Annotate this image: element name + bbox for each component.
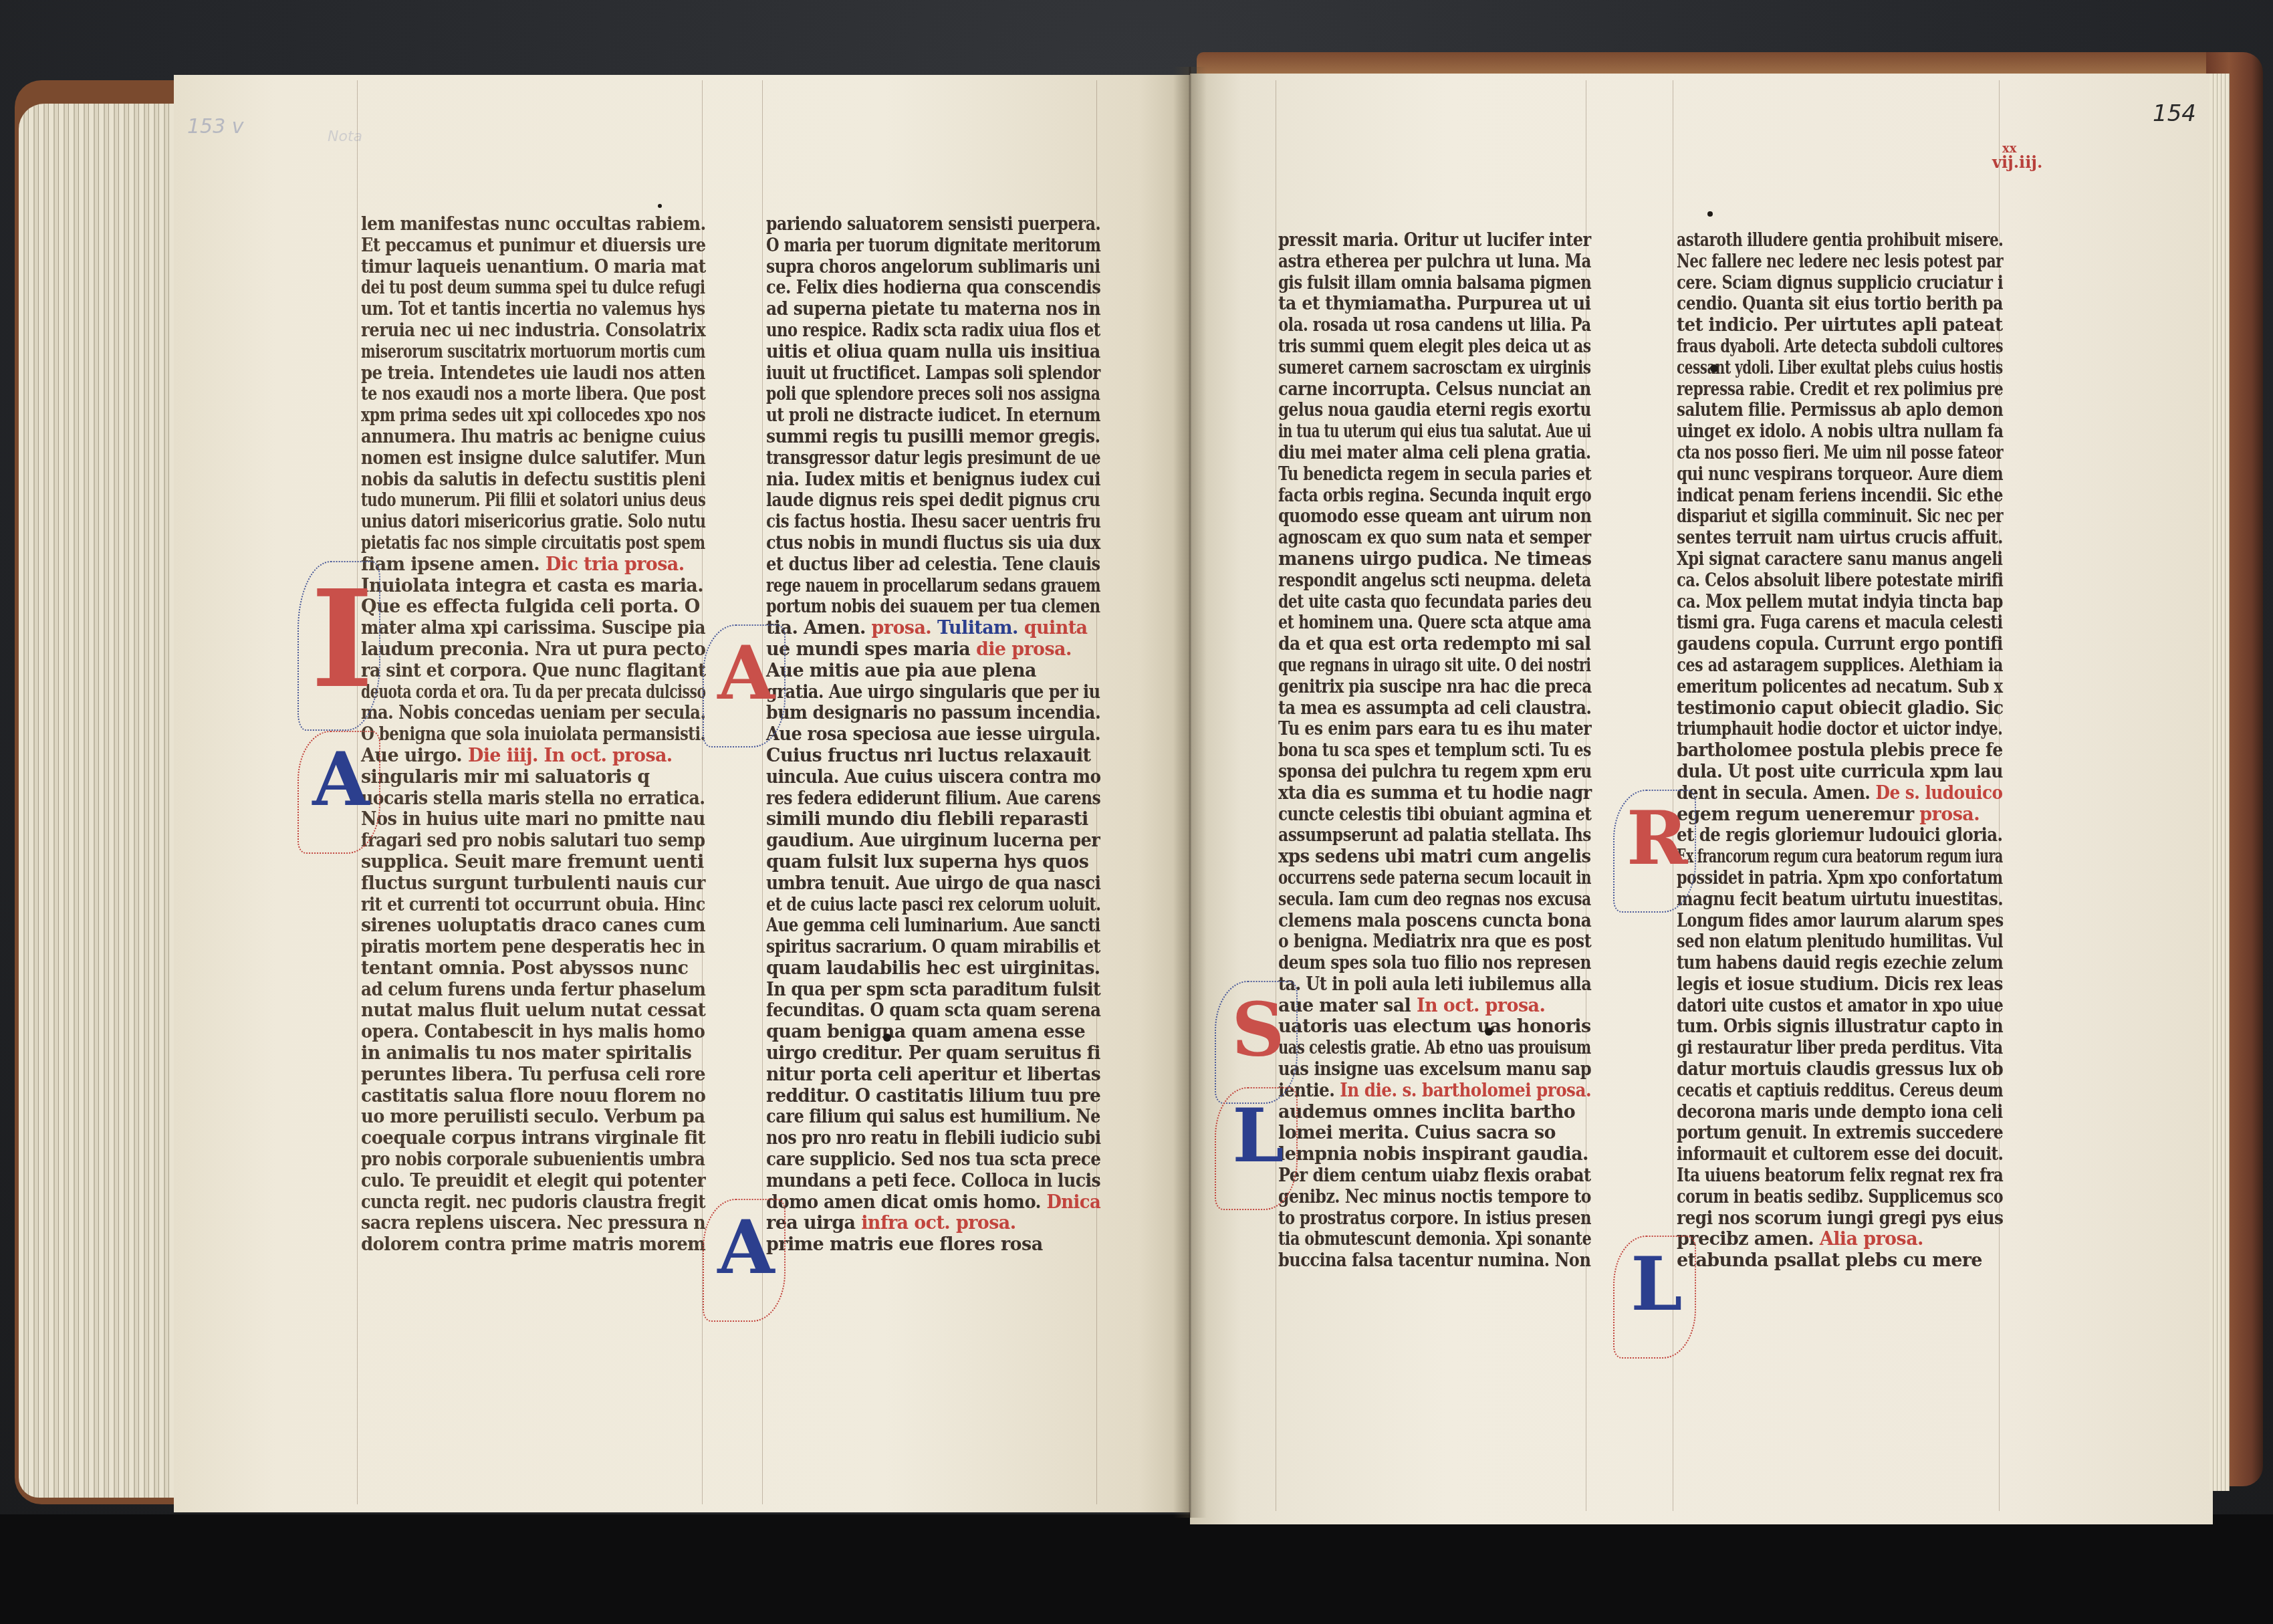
text-line: unius datori misericorius gratie. Solo n… [361,511,646,533]
line-text: possidet in patria. Xpm xpo confortatum [1677,868,2003,889]
text-line: res federa ediderunt filium. Aue carens [766,788,1058,810]
line-text: laude dignus reis spei dedit pignus cru [766,490,1100,511]
text-line: clemens mala poscens cuncta bona [1278,911,1564,932]
line-text: assumpserunt ad palatia stellata. Ihs [1278,825,1591,846]
text-line: nitur porta celi aperitur et libertas [766,1064,1096,1086]
line-text: gaudium. Aue uirginum lucerna per [766,830,1100,851]
line-text: fiam ipsene amen. [361,554,540,575]
text-line: gelus noua gaudia eterni regis exortu [1278,400,1546,421]
initial-letter: L [1228,1099,1288,1173]
text-line: et de cuius lacte pasci rex celorum uolu… [766,895,1040,916]
text-line: sumeret carnem sacrosctam ex uirginis [1278,358,1532,379]
text-line: ctus nobis in mundi fluctus sis uia dux [766,533,1063,554]
line-text: cta nos posso fieri. Me uim nil posse fa… [1677,443,2003,463]
line-text: ca. Celos absoluit libere potestate miri… [1677,570,2003,591]
text-line: cuncte celestis tibi obuiant agmina et [1278,804,1544,826]
rubric: Die iiij. In oct. prosa. [462,745,673,766]
text-line: audemus omnes inclita bartho [1278,1102,1591,1123]
initial-letter: A [716,1211,776,1284]
line-text: nitur porta celi aperitur et libertas [766,1064,1100,1085]
line-text: Longum fides amor laurum alarum spes [1677,911,2004,931]
line-text: tentant omnia. Post abyssos nunc [361,958,688,979]
text-line: poli que splendore preces soli nos assig… [766,384,1038,405]
line-text: gi restauratur liber preda perditus. Vit… [1677,1038,2003,1058]
wormhole [1707,211,1713,217]
text-line: aue mater sal In oct. prosa. [1278,996,1591,1017]
text-line: Inuiolata integra et casta es maria. [361,576,705,597]
text-line: legis et iosue studium. Dicis rex leas [1677,974,1976,996]
text-line: O benigna que sola inuiolata permansisti… [361,724,652,745]
line-text: quam fulsit lux superna hys quos [766,852,1088,873]
text-line: opera. Contabescit in hys malis homo [361,1022,685,1043]
text-line: Aue mitis aue pia aue plena [766,661,1100,682]
line-text: facta orbis regina. Secunda inquit ergo [1278,485,1591,506]
text-line: ue mundi spes maria die prosa. [766,639,1100,661]
text-line: ientie. In die. s. bartholomei prosa. [1278,1080,1564,1102]
line-text: da et qua est orta redempto mi sal [1278,634,1591,655]
line-text: supra choros angelorum sublimaris uni [766,257,1100,277]
text-line: datori uite custos et amator in xpo uiue [1677,996,1953,1017]
line-text: cuncte celestis tibi obuiant agmina et [1278,804,1591,825]
line-text: bartholomee postula plebis prece fe [1677,740,2003,761]
text-line: quam benigna quam amena esse [766,1022,1100,1043]
line-text: uas celestis gratie. Ab etno uas prouisu… [1278,1038,1591,1058]
text-line: iuuit ut fructificet. Lampas soli splend… [766,363,1049,384]
text-line: secula. Iam cum deo regnas nos excusa [1278,889,1533,911]
line-text: corum in beatis sedibz. Supplicemus sco [1677,1187,2003,1207]
text-line: qui nunc vespirans torqueor. Aure diem [1677,464,1952,485]
text-line: dispariut et sigilla comminuit. Sic nec … [1677,506,1936,528]
line-text: in animalis tu nos mater spiritalis [361,1043,691,1064]
line-text: ma. Nobis concedas ueniam per secula. [361,703,705,723]
text-line: uno respice. Radix scta radix uiua flos … [766,320,1048,342]
line-text: dei tu post deum summa spei tu dulce ref… [361,277,705,298]
line-text: opera. Contabescit in hys malis homo [361,1022,705,1042]
text-line: agnoscam ex quo sum nata et semper [1278,528,1545,549]
line-text: rege nauem in procellarum sedans grauem [766,576,1100,596]
text-line: Per diem centum uiabz flexis orabat [1278,1165,1556,1187]
text-line: te nos exaudi nos a morte libera. Que po… [361,384,649,405]
text-line: uo more peruilisti seculo. Verbum pa [361,1107,690,1128]
text-line: Tu es enim pars eara tu es ihu mater [1278,719,1552,740]
text-column-left-1: lem manifestas nunc occultas rabiem.Et p… [361,214,705,1256]
decorated-initial-s: S [1228,993,1288,1093]
text-line: in animalis tu nos mater spiritalis [361,1043,705,1064]
wormhole [1710,364,1718,372]
text-line: in tua tu uterum qui eius tua salutat. A… [1278,421,1506,443]
text-line: ra sint et corpora. Que nunc flagitant [361,661,687,682]
text-line: rege nauem in procellarum sedans grauem [766,576,1032,597]
rubric: quinta [1018,618,1088,639]
line-text: ue mundi spes maria [766,639,970,660]
text-line: castitatis salua flore nouu florem no [361,1086,696,1107]
line-text: Nec fallere nec ledere nec lesis potest … [1677,251,2003,272]
text-line: In qua per spm scta paraditum fulsit [766,979,1079,1001]
text-line: Nos in huius uite mari no pmitte nau [361,809,689,830]
text-line: Aue rosa speciosa aue iesse uirgula. [766,724,1084,745]
text-line: nobis da salutis in defectu sustitis ple… [361,469,667,491]
text-line: tismi gra. Fuga carens et macula celesti [1677,612,1949,634]
text-line: gaudium. Aue uirginum lucerna per [766,830,1084,852]
rubric: prosa. [866,618,931,639]
text-line: Xpi signat caractere sanu manus angeli [1677,549,1952,570]
line-text: dispariut et sigilla comminuit. Sic nec … [1677,506,2003,527]
line-text: gelus noua gaudia eterni regis exortu [1278,400,1591,421]
text-line: nutat malus fluit uelum nutat cessat [361,1000,693,1022]
text-line: ce. Felix dies hodierna qua conscendis [766,277,1066,299]
wormhole [1485,1028,1493,1036]
text-line: cendio. Quanta sit eius tortio berith pa [1677,294,1957,315]
wormhole [658,204,662,208]
text-line: et ductus liber ad celestia. Tene clauis [766,554,1066,576]
line-text: res federa ediderunt filium. Aue carens [766,788,1100,809]
pencil-folio-mark: 153 v [187,115,244,138]
text-line: umbra tenuit. Aue uirgo de qua nasci [766,873,1074,895]
text-line: mater alma xpi carissima. Suscipe pia [361,618,682,639]
line-text: ca. Mox pellem mutat indyia tincta bap [1677,592,2003,612]
line-text: supplica. Seuit mare fremunt uenti [361,852,704,873]
text-line: dolorem contra prime matris morem [361,1234,693,1256]
line-text: ce. Felix dies hodierna qua conscendis [766,277,1100,298]
line-text: te nos exaudi nos a morte libera. Que po… [361,384,705,404]
line-text: ctus nobis in mundi fluctus sis uia dux [766,533,1100,554]
text-line: care filium qui salus est humilium. Ne [766,1107,1065,1128]
text-line: to prostratus corpore. In istius presen [1278,1208,1542,1230]
page-stack-left [19,104,179,1498]
text-line: um. Tot et tantis incertia no valemus hy… [361,299,660,320]
text-line: dula. Ut post uite curricula xpm lau [1677,762,1983,783]
line-text: peruntes libera. Tu perfusa celi rore [361,1064,705,1085]
line-text: dent in secula. Amen. [1677,783,1870,804]
rubric: Tulitam. [931,618,1018,639]
line-text: Aue rosa speciosa aue iesse uirgula. [766,724,1100,745]
line-text: mundans a peti fece. Colloca in lucis [766,1171,1100,1191]
line-text: ad superna pietate tu materna nos in [766,299,1100,320]
text-line: portum genuit. In extremis succedere [1677,1123,1965,1144]
line-text: Et peccamus et punimur et diuersis ure [361,235,705,256]
line-text: et de regis gloriemur ludouici gloria. [1677,825,2003,846]
line-text: informauit et cultorem esse dei docuit. [1677,1144,2003,1165]
line-text: uatoris uas electum uas honoris [1278,1016,1591,1037]
rubric: Dic tria prosa. [540,554,684,575]
text-line: ad celum furens unda fertur phaselum [361,979,676,1001]
running-head: vij.iij. [1992,152,2042,172]
line-text: mater alma xpi carissima. Suscipe pia [361,618,705,639]
line-text: repressa rabie. Credit et rex polimius p… [1677,379,2003,400]
line-text: indicat penam feriens incendii. Sic ethe [1677,485,2003,506]
line-text: in tua tu uterum qui eius tua salutat. A… [1278,421,1591,442]
text-line: peruntes libera. Tu perfusa celi rore [361,1064,698,1086]
line-text: egem regum ueneremur [1677,804,1914,825]
text-line: fecunditas. O quam scta quam serena [766,1000,1071,1022]
text-line: piratis mortem pene desperatis hec in [361,937,680,958]
line-text: sponsa dei pulchra tu regem xpm eru [1278,762,1592,782]
line-text: summi regis tu pusilli memor gregis. [766,427,1100,447]
line-text: portum nobis dei suauem per tua clemen [766,596,1100,617]
line-text: uo more peruilisti seculo. Verbum pa [361,1107,705,1127]
text-line: et hominem una. Quere scta atque ama [1278,612,1533,634]
line-text: nos pro nro reatu in flebili iudicio sub… [766,1128,1101,1149]
line-text: gratia. Aue uirgo singularis que per iu [766,682,1100,703]
line-text: poli que splendore preces soli nos assig… [766,384,1100,404]
rubric: prosa. [1914,804,1980,825]
rubric: Dnica [1041,1192,1100,1213]
rubric: De s. ludouico [1870,783,2002,804]
line-text: buccina falsa tacentur numina. Non [1278,1250,1590,1271]
text-line: cecatis et captiuis redditus. Cereus deu… [1677,1080,1941,1102]
line-text: timur laqueis uenantium. O maria mat [361,257,706,277]
line-text: quam laudabilis hec est uirginitas. [766,958,1100,979]
line-text: tum. Orbis signis illustratur capto in [1677,1016,2003,1037]
line-text: pariendo saluatorem sensisti puerpera. [766,214,1100,235]
text-line: spiritus sacrarium. O quam mirabilis et [766,937,1056,958]
line-text: lomei merita. Cuius sacra so [1278,1123,1556,1143]
line-text: dula. Ut post uite curricula xpm lau [1677,762,2003,782]
text-line: supra choros angelorum sublimaris uni [766,257,1056,278]
text-line: genibz. Nec minus noctis tempore to [1278,1187,1552,1208]
text-line: laude dignus reis spei dedit pignus cru [766,490,1060,511]
line-text: um. Tot et tantis incertia no valemus hy… [361,299,705,320]
text-line: coequale corpus intrans virginale fit [361,1128,696,1149]
line-text: simili mundo diu flebili reparasti [766,809,1088,830]
line-text: uno respice. Radix scta radix uiua flos … [766,320,1100,341]
text-line: uatoris uas electum uas honoris [1278,1016,1591,1038]
text-line: manens uirgo pudica. Ne timeas [1278,549,1588,570]
decorated-initial-l: L [1627,1248,1687,1348]
text-line: portum nobis dei suauem per tua clemen [766,596,1044,618]
text-line: care supplicio. Sed nos tua scta prece [766,1149,1071,1171]
line-text: testimonio caput obiecit gladio. Sic [1677,698,2004,719]
text-line: rit et currenti tot occurrunt obuia. Hin… [361,895,666,916]
text-line: fraus dyaboli. Arte detecta subdoli cult… [1677,336,1930,358]
line-text: nomen est insigne dulce salutifer. Mun [361,448,705,469]
text-line: uirgo creditur. Per quam seruitus fi [766,1043,1089,1064]
line-text: uinget ex idolo. A nobis ultra nullam fa [1677,421,2004,442]
text-line: Longum fides amor laurum alarum spes [1677,911,1949,932]
text-line: pietatis fac nos simple circuitatis post… [361,533,637,554]
line-text: rit et currenti tot occurrunt obuia. Hin… [361,895,705,915]
line-text: cuncta regit. nec pudoris claustra fregi… [361,1192,705,1213]
text-line: facta orbis regina. Secunda inquit ergo [1278,485,1535,507]
decorated-initial-a: A [311,743,371,843]
text-line: ola. rosada ut rosa candens ut lilia. Pa [1278,315,1541,336]
text-line: det uite casta quo fecundata paries deu [1278,592,1532,613]
text-line: supplica. Seuit mare fremunt uenti [361,852,705,873]
line-text: uincula. Aue cuius uiscera contra mo [766,767,1101,788]
line-text: uocaris stella maris stella no erratica. [361,788,705,809]
line-text: ut proli ne distracte iudicet. In eternu… [766,405,1100,426]
line-text: audemus omnes inclita bartho [1278,1102,1575,1123]
line-text: Aue mitis aue pia aue plena [766,661,1036,681]
line-text: tum habens dauid regis ezechie zelum [1677,953,2003,973]
text-line: decorona maris unde dempto iona celi [1677,1102,1961,1123]
text-line: nomen est insigne dulce salutifer. Mun [361,448,673,469]
text-line: tia. Amen. prosa. Tulitam. quinta [766,618,1100,639]
line-text: coequale corpus intrans virginale fit [361,1128,705,1149]
line-text: care filium qui salus est humilium. Ne [766,1107,1100,1127]
text-line: diu mei mater alma celi plena gratia. [1278,443,1549,464]
text-line: dei tu post deum summa spei tu dulce ref… [361,277,632,299]
line-text: gis fulsit illam omnia balsama pigmen [1278,273,1591,294]
text-line: redditur. O castitatis lilium tuu pre [766,1086,1093,1107]
text-line: da et qua est orta redempto mi sal [1278,634,1570,655]
text-line: quam fulsit lux superna hys quos [766,852,1100,873]
text-line: corum in beatis sedibz. Supplicemus sco [1677,1187,1946,1208]
text-line: respondit angelus scti neupma. deleta [1278,570,1541,592]
line-text: tet indicio. Per uirtutes apli pateat [1677,315,2002,336]
text-line: buccina falsa tacentur numina. Non [1278,1250,1557,1272]
line-text: quam benigna quam amena esse [766,1022,1085,1042]
text-line: xta dia es summa et tu hodie nagr [1278,783,1574,804]
text-line: genitrix pia suscipe nra hac die preca [1278,677,1546,698]
text-column-right-2: astaroth illudere gentia prohibuit miser… [1677,230,2003,1272]
text-line: Et peccamus et punimur et diuersis ure [361,235,668,257]
initial-letter: S [1228,993,1288,1066]
text-line: tris summi quem elegit ples deica ut as [1278,336,1533,358]
initial-letter: I [311,573,371,707]
text-column-left-2: pariendo saluatorem sensisti puerpera.O … [766,214,1100,1256]
rubric: In oct. prosa. [1411,996,1545,1016]
text-line: xps sedens ubi matri cum angelis [1278,846,1579,868]
text-line: Tu benedicta regem in secula paries et [1278,464,1538,485]
text-line: et de regis gloriemur ludouici gloria. [1677,825,1972,846]
text-line: magnu fecit beatum uirtutu inuestitas. [1677,889,1957,911]
text-line: cis factus hostia. Ihesu sacer uentris f… [766,511,1051,533]
line-text: cessant ydoli. Liber exultat plebs cuius… [1677,358,2003,378]
line-text: pe treia. Intendetes uie laudi nos atten [361,363,705,384]
line-text: tudo munerum. Pii filii et solatori uniu… [361,490,705,511]
text-line: pressit maria. Oritur ut lucifer inter [1278,230,1557,251]
line-text: sumeret carnem sacrosctam ex uirginis [1278,358,1591,378]
line-text: lempnia nobis inspirant gaudia. [1278,1144,1588,1165]
folio-number: 154 [2153,100,2196,127]
line-text: uas insigne uas excelsum manu sap [1278,1059,1591,1080]
line-text: Per diem centum uiabz flexis orabat [1278,1165,1591,1186]
text-line: dent in secula. Amen. De s. ludouico [1677,783,1976,804]
text-line: tudo munerum. Pii filii et solatori uniu… [361,490,630,511]
text-line: regi nos scorum iungi gregi pys eius [1677,1208,1977,1230]
text-line: ta et thymiamatha. Purpurea ut ui [1278,294,1571,315]
text-line: ca. Celos absoluit libere potestate miri… [1677,570,1949,592]
line-text: sirenes uoluptatis draco canes cum [361,915,705,936]
line-text: prime matris eue flores rosa [766,1234,1043,1255]
line-text: ta et thymiamatha. Purpurea ut ui [1278,294,1591,314]
text-line: uitis et oliua quam nulla uis insitiua [766,342,1082,363]
line-text: diu mei mater alma celi plena gratia. [1278,443,1591,463]
text-line: indicat penam feriens incendii. Sic ethe [1677,485,1951,507]
line-text: ola. rosada ut rosa candens ut lilia. Pa [1278,315,1591,336]
text-line: Nec fallere nec ledere nec lesis potest … [1677,251,1937,273]
line-text: ta mea es assumpta ad celi claustra. [1278,698,1591,719]
line-text: o benigna. Mediatrix nra que es post [1278,931,1591,952]
line-text: fragari sed pro nobis salutari tuo semp [361,830,705,851]
line-text: lem manifestas nunc occultas rabiem. [361,214,706,235]
text-line: Aue gemma celi luminarium. Aue sancti [766,915,1052,937]
text-line: uas celestis gratie. Ab etno uas prouisu… [1278,1038,1522,1059]
ruling-line [1276,80,1276,1511]
line-text: ta. Ut in poli aula leti iubilemus alla [1278,974,1591,995]
line-text: Ita uiuens beatorum felix regnat rex fra [1677,1165,2003,1186]
line-text: magnu fecit beatum uirtutu inuestitas. [1677,889,2003,910]
line-text: to prostratus corpore. In istius presen [1278,1208,1591,1229]
line-text: Aue gemma celi luminarium. Aue sancti [766,915,1100,936]
line-text: cere. Sciam dignus supplicio cruciatur i [1677,273,2003,294]
line-text: astaroth illudere gentia prohibuit miser… [1677,230,2003,251]
text-line: ca. Mox pellem mutat indyia tincta bap [1677,592,1956,613]
text-line: miserorum suscitatrix mortuorum mortis c… [361,342,624,363]
line-text: umbra tenuit. Aue uirgo de qua nasci [766,873,1100,894]
text-line: o benigna. Mediatrix nra que es post [1278,931,1552,953]
line-text: laudum preconia. Nra ut pura pecto [361,639,705,660]
line-text: Cuius fructus nri luctus relaxauit [766,745,1090,766]
line-text: tismi gra. Fuga carens et macula celesti [1677,612,2003,633]
line-text: emeritum policentes ad necatum. Sub x [1677,677,2003,697]
rubric: In die. s. bartholomei prosa. [1334,1080,1591,1101]
text-line: sacra replens uiscera. Nec pressura n [361,1213,685,1234]
text-line: informauit et cultorem esse dei docuit. [1677,1144,1957,1165]
text-line: Que es effecta fulgida celi porta. O [361,596,705,618]
line-text: triumphauit hodie doctor et uictor indye… [1677,719,2002,739]
initial-letter: A [311,743,371,816]
line-text: spiritus sacrarium. O quam mirabilis et [766,937,1100,957]
text-line: ut proli ne distracte iudicet. In eternu… [766,405,1053,427]
line-text: cendio. Quanta sit eius tortio berith pa [1677,294,2003,314]
text-line: astra etherea per pulchra ut luna. Ma [1278,251,1545,273]
text-line: cta nos posso fieri. Me uim nil posse fa… [1677,443,1931,464]
text-line: ta mea es assumpta ad celi claustra. [1278,698,1556,719]
line-text: tris summi quem elegit ples deica ut as [1278,336,1591,357]
decorated-initial-l: L [1228,1099,1288,1199]
line-text: xta dia es summa et tu hodie nagr [1278,783,1592,804]
line-text: portum genuit. In extremis succedere [1677,1123,2003,1143]
line-text: pressit maria. Oritur ut lucifer inter [1278,230,1591,251]
text-line: bartholomee postula plebis prece fe [1677,740,1980,762]
line-text: tia obmutescunt demonia. Xpi sonante [1278,1229,1591,1250]
text-line: pariendo saluatorem sensisti puerpera. [766,214,1058,235]
line-text: astra etherea per pulchra ut luna. Ma [1278,251,1591,272]
line-text: fecunditas. O quam scta quam serena [766,1000,1100,1021]
wormhole [883,1034,891,1042]
text-line: timur laqueis uenantium. O maria mat [361,257,676,278]
rubric: infra oct. prosa. [855,1213,1015,1234]
text-line: nia. Iudex mitis et benignus iudex cui [766,469,1071,491]
text-line: lem manifestas nunc occultas rabiem. [361,214,681,235]
line-text: gaudens copula. Currunt ergo pontifi [1677,634,2003,655]
text-line: carne incorrupta. Celsus nunciat an [1278,379,1558,400]
line-text: O maria per tuorum dignitate meritorum [766,235,1100,256]
text-line: Aue uirgo. Die iiij. In oct. prosa. [361,745,705,767]
line-text: genitrix pia suscipe nra hac die preca [1278,677,1592,697]
text-line: quomodo esse queam ant uirum non [1278,506,1553,528]
line-text: In qua per spm scta paraditum fulsit [766,979,1100,1000]
line-text: decorona maris unde dempto iona celi [1677,1102,2003,1123]
line-text: cis factus hostia. Ihesu sacer uentris f… [766,511,1100,532]
text-line: gaudens copula. Currunt ergo pontifi [1677,634,1969,655]
text-line: pro nobis corporale subuenientis umbra [361,1149,663,1171]
text-line: cere. Sciam dignus supplicio cruciatur i [1677,273,1951,294]
text-line: Cuius fructus nri luctus relaxauit [766,745,1100,767]
decorated-initial-a: A [716,1211,776,1311]
text-line: transgressor datur legis presimunt de ue [766,448,1046,469]
line-text: occurrens sede paterna secum locauit in [1278,868,1591,889]
text-line: gi restauratur liber preda perditus. Vit… [1677,1038,1951,1059]
text-line: Ex francorum regum cura beatorum regum i… [1677,846,1904,868]
text-line: nos pro nro reatu in flebili iudicio sub… [766,1128,1063,1149]
line-text: legis et iosue studium. Dicis rex leas [1677,974,2003,995]
text-line: ad superna pietate tu materna nos in [766,299,1075,320]
line-text: Nos in huius uite mari no pmitte nau [361,809,705,830]
line-text: fluctus surgunt turbulenti nauis cur [361,873,705,894]
